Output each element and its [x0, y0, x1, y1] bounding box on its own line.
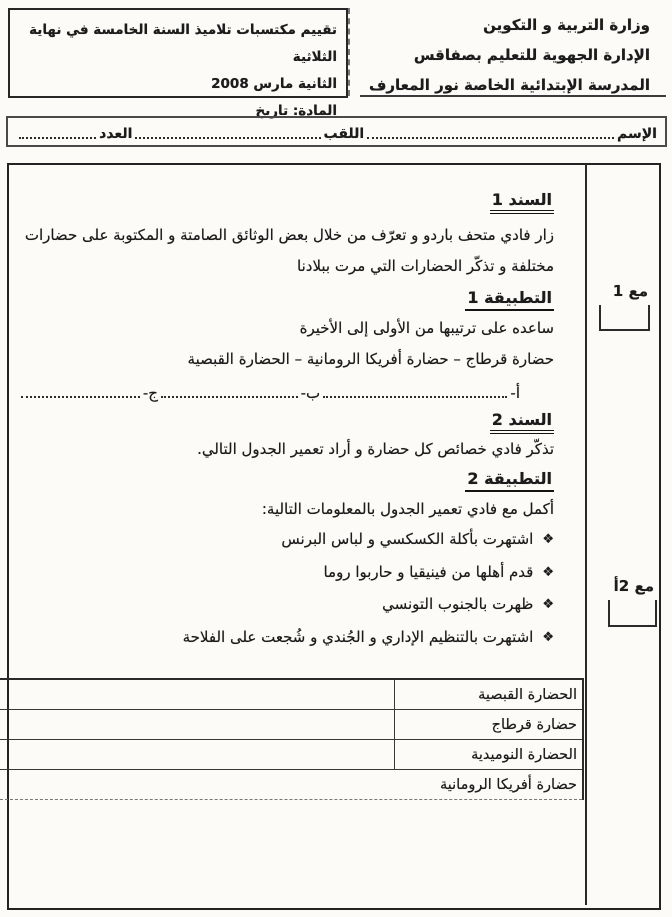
- app1-instruction: ساعده على ترتيبها من الأولى إلى الأخيرة: [300, 319, 554, 337]
- header-dashed-divider: [348, 8, 350, 96]
- score-box-1: [599, 305, 650, 331]
- civilizations-table: الحضارة القبصية حضارة قرطاج الحضارة النو…: [0, 678, 584, 800]
- dotted-leader: [367, 137, 614, 139]
- answer-label-c: ج-: [143, 384, 158, 402]
- dotted-leader: [323, 396, 507, 398]
- bullet-text: ظهرت بالجنوب التونسي: [382, 595, 533, 613]
- diamond-bullet-icon: ❖: [542, 565, 554, 580]
- app1-answer-line: أ- ب- ج-: [18, 384, 520, 402]
- table-answer-cell: [0, 770, 342, 799]
- dotted-leader: [19, 137, 96, 139]
- header-exam-box: تقييم مكتسبات تلاميذ السنة الخامسة في نه…: [8, 8, 348, 98]
- table-answer-cell: [0, 710, 394, 739]
- table-row: الحضارة النوميدية: [0, 740, 582, 770]
- app1-items-line: حضارة قرطاج – حضارة أفريكا الرومانية – ا…: [188, 350, 554, 368]
- exam-title-line: تقييم مكتسبات تلاميذ السنة الخامسة في نه…: [19, 17, 337, 71]
- score-box-2: [608, 600, 657, 627]
- ministry-line-1: وزارة التربية و التكوين: [330, 10, 650, 40]
- app2-title: التطبيقة 2: [465, 469, 554, 492]
- scanned-exam-page: وزارة التربية و التكوين الإدارة الجهوية …: [0, 0, 672, 917]
- bullet-item-1: ❖ اشتهرت بأكلة الكسكسي و لباس البرنس: [281, 530, 554, 548]
- bullet-item-3: ❖ ظهرت بالجنوب التونسي: [382, 595, 554, 613]
- dotted-leader: [135, 137, 320, 139]
- identity-strip: الإسم اللقب العدد: [6, 116, 667, 147]
- table-row: حضارة أفريكا الرومانية: [0, 770, 582, 800]
- bullet-item-4: ❖ اشتهرت بالتنظيم الإداري و الجُندي و شُ…: [183, 628, 554, 646]
- table-row: حضارة قرطاج: [0, 710, 582, 740]
- score-mark-2: مع 2أ: [614, 577, 654, 595]
- doc1-title: السند 1: [490, 190, 554, 214]
- app1-title: التطبيقة 1: [465, 288, 554, 311]
- answer-label-a: أ-: [510, 384, 520, 402]
- diamond-bullet-icon: ❖: [542, 597, 554, 612]
- bullet-text: اشتهرت بالتنظيم الإداري و الجُندي و شُجع…: [183, 628, 534, 646]
- table-answer-cell: [0, 740, 394, 769]
- doc1-text-line1: زار فادي متحف باردو و تعرّف من خلال بعض …: [25, 226, 554, 244]
- doc2-title: السند 2: [490, 410, 554, 434]
- table-label-cell: حضارة أفريكا الرومانية: [342, 770, 582, 799]
- doc2-text: تذكّر فادي خصائص كل حضارة و أراد تعمير ا…: [197, 440, 554, 458]
- diamond-bullet-icon: ❖: [542, 630, 554, 645]
- app2-instruction: أكمل مع فادي تعمير الجدول بالمعلومات الت…: [262, 500, 554, 518]
- dotted-leader: [21, 396, 140, 398]
- surname-label: اللقب: [324, 126, 365, 142]
- score-margin-divider: [585, 164, 587, 905]
- name-label: الإسم: [617, 126, 657, 142]
- dotted-leader: [161, 396, 298, 398]
- score-mark-1: مع 1: [613, 282, 648, 300]
- header-ministry-block: وزارة التربية و التكوين الإدارة الجهوية …: [330, 10, 650, 100]
- table-label-cell: حضارة قرطاج: [394, 710, 582, 739]
- bullet-text: اشتهرت بأكلة الكسكسي و لباس البرنس: [281, 530, 533, 548]
- table-answer-cell: [0, 680, 394, 709]
- number-label: العدد: [99, 126, 132, 142]
- bullet-text: قدم أهلها من فينيقيا و حاربوا روما: [323, 563, 533, 581]
- exam-session-line: الثانية مارس 2008: [19, 71, 337, 98]
- table-label-cell: الحضارة النوميدية: [394, 740, 582, 769]
- ministry-line-2: الإدارة الجهوية للتعليم بصفاقس: [330, 40, 650, 70]
- table-row: الحضارة القبصية: [0, 680, 582, 710]
- table-label-cell: الحضارة القبصية: [394, 680, 582, 709]
- bullet-item-2: ❖ قدم أهلها من فينيقيا و حاربوا روما: [323, 563, 554, 581]
- header-underline-rule: [360, 95, 666, 97]
- doc1-text-line2: مختلفة و تذكّر الحضارات التي مرت ببلادنا: [297, 257, 554, 275]
- diamond-bullet-icon: ❖: [542, 532, 554, 547]
- answer-label-b: ب-: [301, 384, 321, 402]
